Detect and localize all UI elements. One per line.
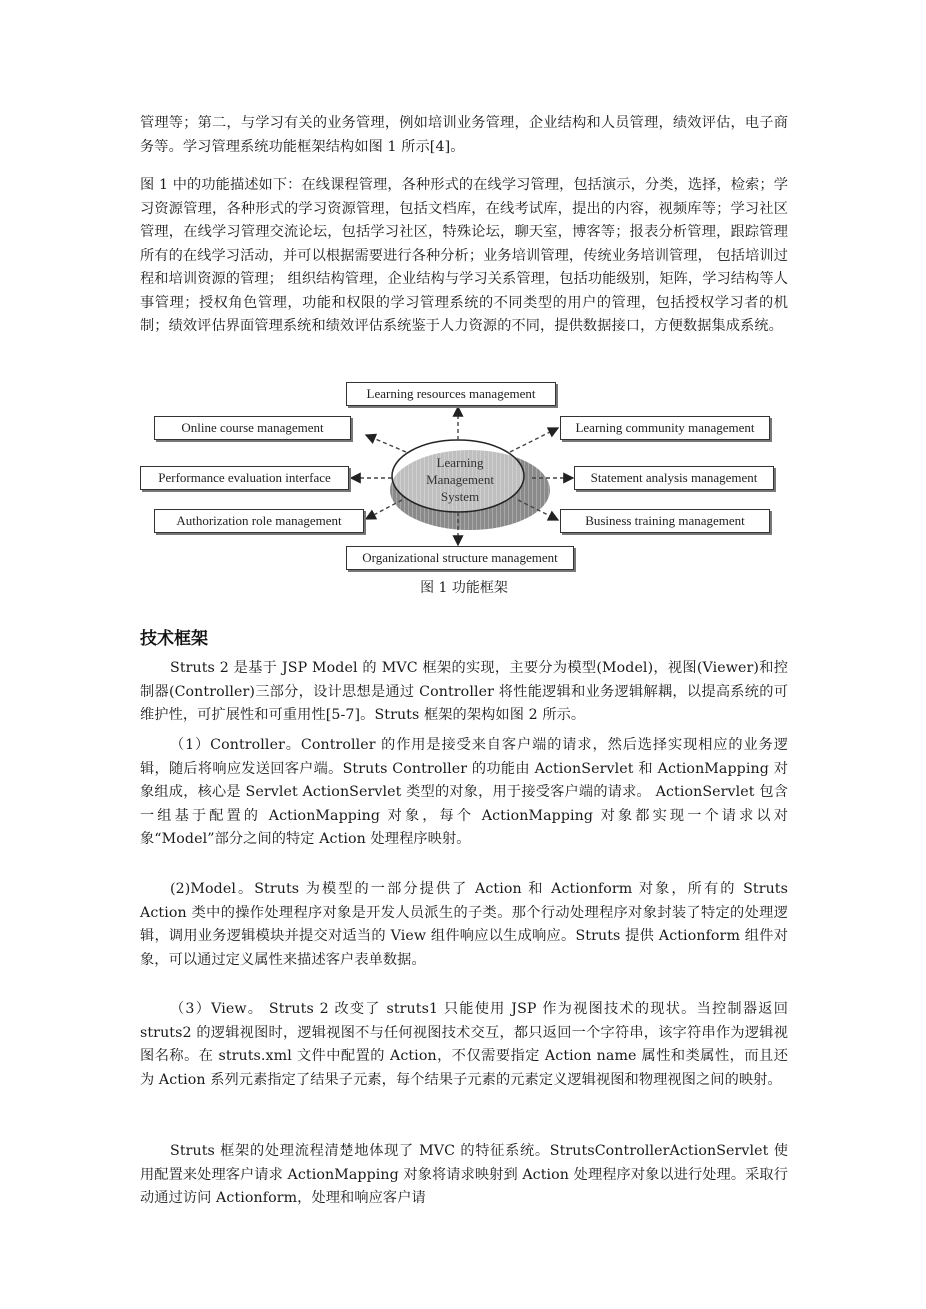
figure-1-function-framework: Learning resources management Online cou… bbox=[140, 382, 788, 602]
center-label-line-3: System bbox=[400, 488, 520, 505]
box-business-training-management: Business training management bbox=[560, 509, 770, 533]
center-label-line-2: Management bbox=[400, 471, 520, 488]
box-organizational-structure-management: Organizational structure management bbox=[346, 546, 574, 570]
paragraph-view: （3）View。 Struts 2 改变了 struts1 只能使用 JSP 作… bbox=[140, 998, 788, 1092]
box-online-course-management: Online course management bbox=[154, 416, 351, 440]
paragraph-model: (2)Model。Struts 为模型的一部分提供了 Action 和 Acti… bbox=[140, 878, 788, 972]
paragraph-controller: （1）Controller。Controller 的作用是接受来自客户端的请求，… bbox=[140, 734, 788, 852]
paragraph-processing-flow: Struts 框架的处理流程清楚地体现了 MVC 的特征系统。StrutsCon… bbox=[140, 1140, 788, 1211]
center-label-learning-management-system: Learning Management System bbox=[400, 454, 520, 505]
box-statement-analysis-management: Statement analysis management bbox=[574, 466, 774, 490]
box-learning-resources-management: Learning resources management bbox=[346, 382, 556, 406]
paragraph-figure-description: 图 1 中的功能描述如下：在线课程管理，各种形式的在线学习管理，包括演示，分类，… bbox=[140, 174, 788, 339]
figure-1-caption: 图 1 功能框架 bbox=[140, 577, 788, 597]
center-label-line-1: Learning bbox=[400, 454, 520, 471]
paragraph-struts-overview: Struts 2 是基于 JSP Model 的 MVC 框架的实现，主要分为模… bbox=[140, 657, 788, 728]
box-learning-community-management: Learning community management bbox=[560, 416, 770, 440]
box-authorization-role-management: Authorization role management bbox=[154, 509, 364, 533]
section-heading: 技术框架 bbox=[140, 624, 208, 649]
paragraph-intro-continued: 管理等；第二，与学习有关的业务管理，例如培训业务管理，企业结构和人员管理，绩效评… bbox=[140, 112, 788, 159]
box-performance-evaluation-interface: Performance evaluation interface bbox=[140, 466, 349, 490]
